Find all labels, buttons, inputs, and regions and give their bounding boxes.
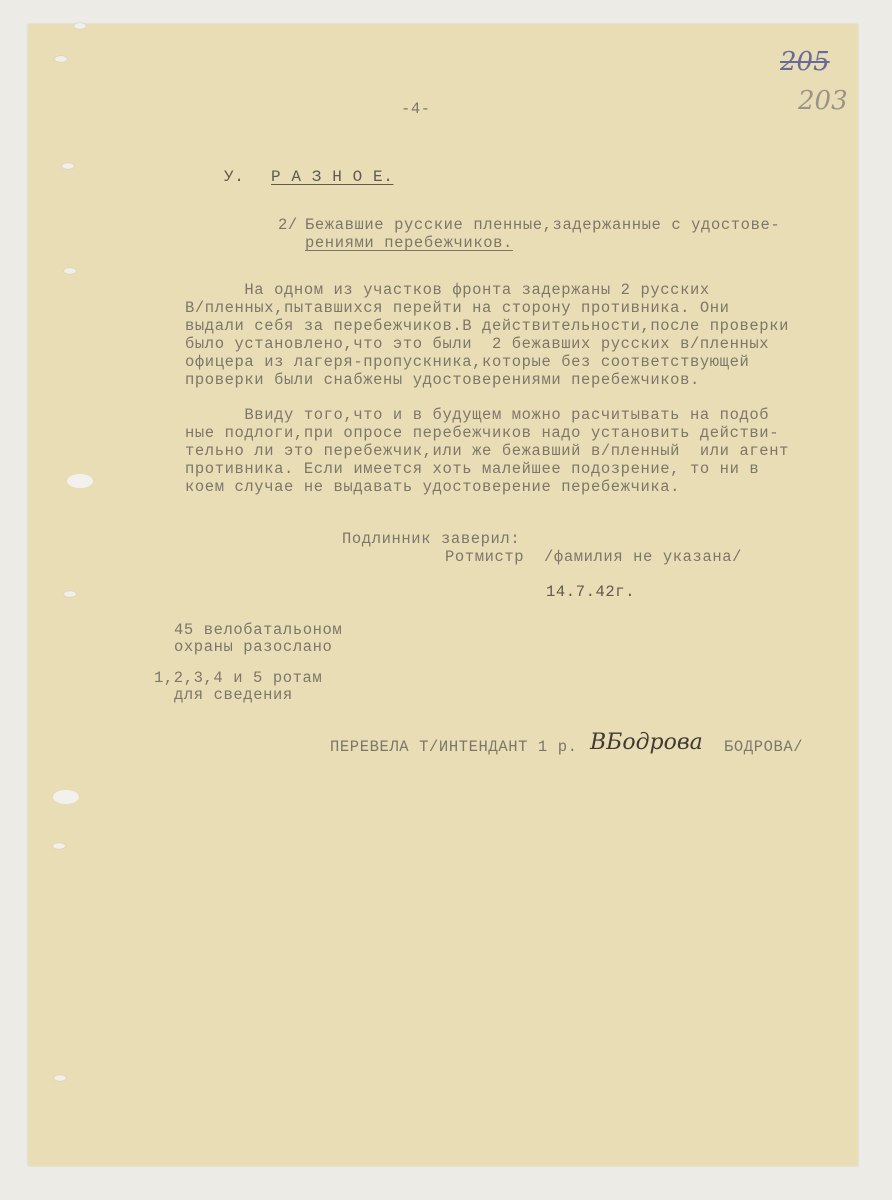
paragraph-line: коем случае не выдавать удостоверение пе…: [185, 479, 680, 496]
certification-signer: Ротмистр /фамилия не указана/: [445, 549, 742, 566]
item-title-line2: рениями перебежчиков.: [305, 235, 513, 252]
punch-mark: [64, 268, 76, 274]
distribution-line: 45 велобатальоном: [174, 622, 342, 639]
archive-number: 203: [798, 86, 848, 116]
page-number: -4-: [401, 101, 431, 118]
archive-number-crossed: 205: [780, 47, 830, 77]
punch-mark: [74, 23, 86, 29]
paragraph-line: было установлено,что это были 2 бежавших…: [185, 336, 769, 353]
punch-mark: [53, 843, 65, 849]
certification-label: Подлинник заверил:: [342, 531, 520, 548]
translator-signature: ВБодрова: [590, 730, 703, 755]
section-title: Р А З Н О Е.: [271, 169, 393, 186]
paragraph-line: Ввиду того,что и в будущем можно расчиты…: [185, 407, 769, 424]
binder-hole: [53, 790, 79, 804]
punch-mark: [54, 1075, 66, 1081]
section-prefix: У.: [224, 169, 244, 186]
paragraph-line: тельно ли это перебежчик,или же бежавший…: [185, 443, 789, 460]
paragraph-line: выдали себя за перебежчиков.В действител…: [185, 318, 789, 335]
distribution-line: охраны разослано: [174, 639, 332, 656]
punch-mark: [55, 56, 67, 62]
punch-mark: [62, 163, 74, 169]
document-page: 205 203 -4- У. Р А З Н О Е. 2/ Бежавшие …: [28, 24, 858, 1166]
binder-hole: [67, 474, 93, 488]
paragraph-line: противника. Если имеется хоть малейшее п…: [185, 461, 759, 478]
distribution-line: для сведения: [174, 687, 293, 704]
item-title-line1: Бежавшие русские пленные,задержанные с у…: [305, 217, 780, 234]
translator-name: БОДРОВА/: [724, 739, 803, 756]
translator-text: ПЕРЕВЕЛА Т/ИНТЕНДАНТ 1 р.: [330, 739, 578, 756]
paragraph-line: ные подлоги,при опросе перебежчиков надо…: [185, 425, 779, 442]
paragraph-line: На одном из участков фронта задержаны 2 …: [185, 282, 710, 299]
punch-mark: [64, 591, 76, 597]
paragraph-line: проверки были снабжены удостоверениями п…: [185, 372, 700, 389]
distribution-line: 1,2,3,4 и 5 ротам: [154, 670, 322, 687]
paragraph-line: офицера из лагеря-пропускника,которые бе…: [185, 354, 749, 371]
paragraph-line: В/пленных,пытавшихся перейти на сторону …: [185, 300, 730, 317]
certification-date: 14.7.42г.: [546, 584, 635, 601]
item-number: 2/: [278, 217, 298, 234]
